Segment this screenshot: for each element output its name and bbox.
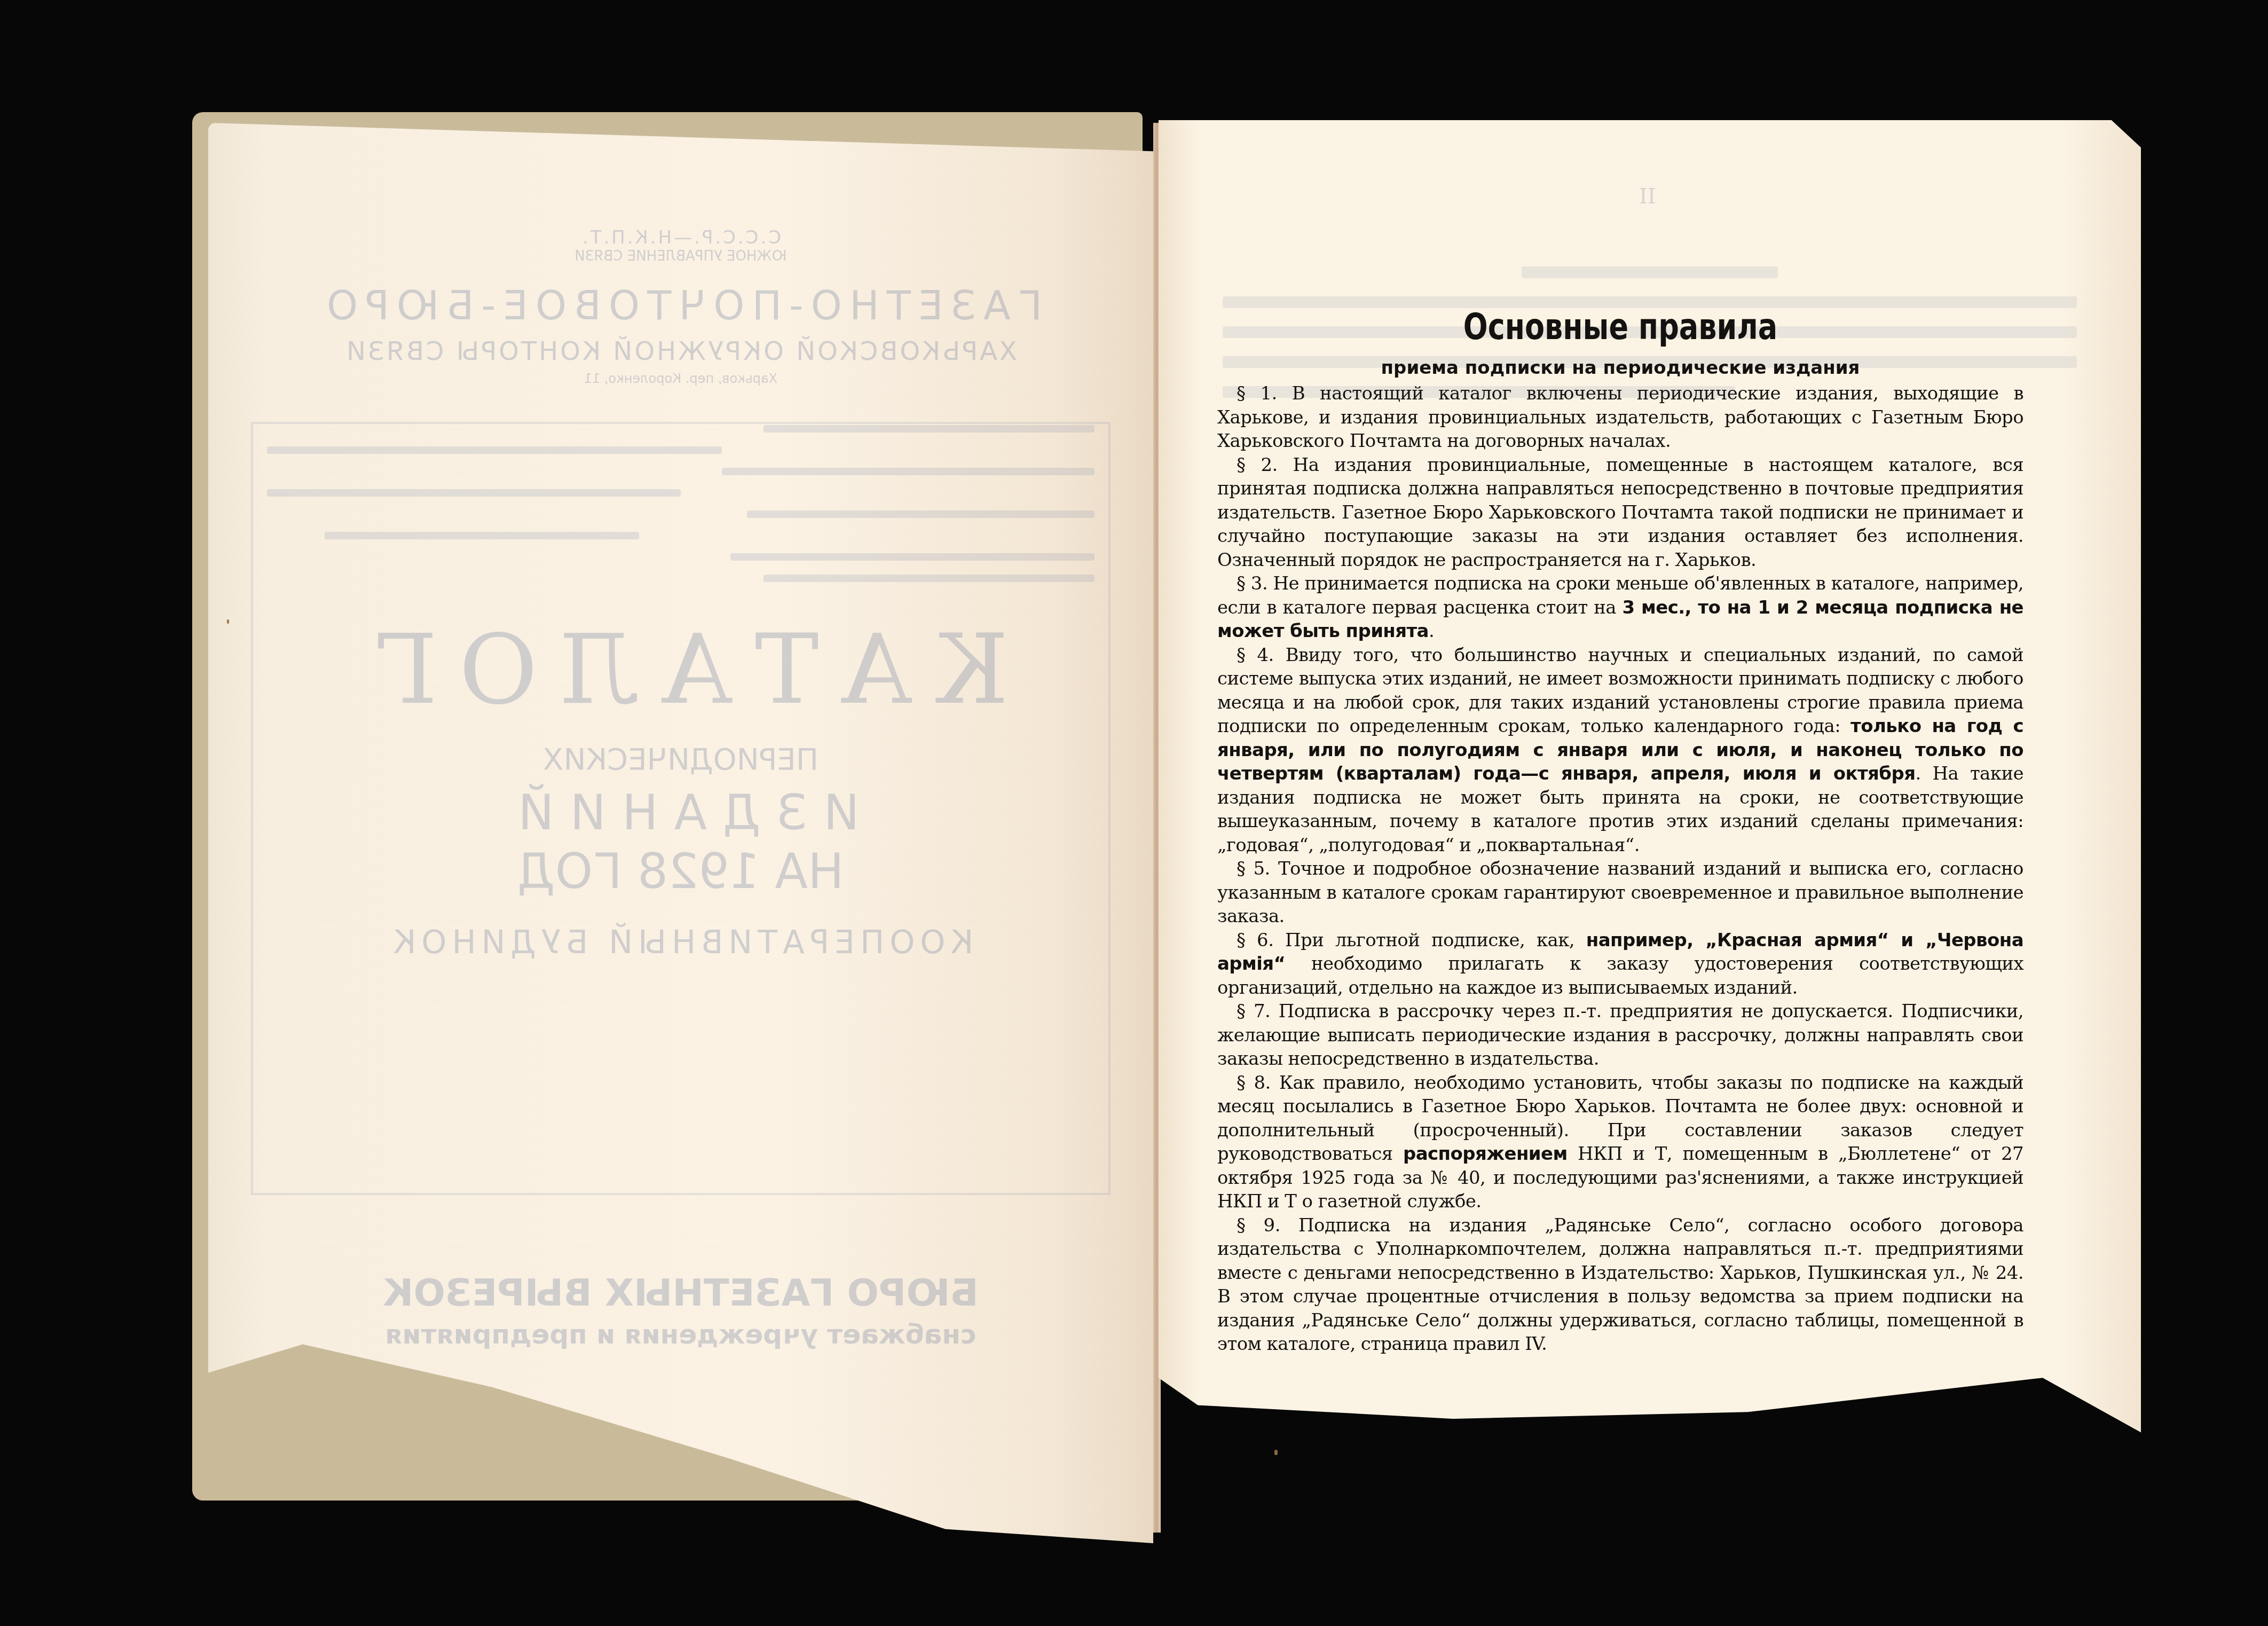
rule-paragraph: § 7. Подписка в рассрочку через п.-т. пр… xyxy=(1217,1000,2023,1071)
ghost-coop: КООПЕРАТИВНЫЙ БУДИНОК xyxy=(208,924,1153,961)
ghost-top-line-2: ЮЖНОЕ УПРАВЛЕНИЕ СВЯЗИ xyxy=(208,248,1153,264)
rule-paragraph: § 4. Ввиду того, что большинство научных… xyxy=(1217,643,2023,858)
rule-text: . xyxy=(1429,620,1434,642)
ghost-top-line: С.С.С.Р.—Н.К.П.Т. xyxy=(208,227,1153,248)
rule-paragraph: § 3. Не принимается подписка на сроки ме… xyxy=(1217,572,2023,643)
ghost-office: ХАРЬКОВСКОЙ ОКРУЖНОЙ КОНТОРЫ СВЯЗИ xyxy=(208,336,1153,366)
paper-speck xyxy=(227,619,229,624)
page-title: Основные правила xyxy=(1217,305,2023,348)
rule-text: необходимо прилагать к заказу удостовере… xyxy=(1217,953,2023,999)
rule-paragraph: § 9. Подписка на издания „Радянське Село… xyxy=(1217,1214,2023,1356)
rule-emphasis: распоряжением xyxy=(1403,1143,1568,1165)
page-subtitle: приема подписки на периодические издания xyxy=(1217,357,2023,379)
ghost-editions: ИЗДАНИЙ xyxy=(208,785,1153,841)
ghost-catalog-title: КАТАЛОГ xyxy=(208,614,1153,726)
rule-text: § 6. При льготной подписке, как, xyxy=(1237,930,1586,951)
rule-paragraph: § 8. Как правило, необходимо установить,… xyxy=(1217,1071,2023,1214)
rule-paragraph: § 6. При льготной подписке, как, наприме… xyxy=(1217,929,2023,1000)
rule-paragraph: § 1. В настоящий каталог включены период… xyxy=(1217,382,2023,453)
left-page-bleed-through: С.С.С.Р.—Н.К.П.Т. ЮЖНОЕ УПРАВЛЕНИЕ СВЯЗИ… xyxy=(208,123,1153,1511)
rule-text: § 9. Подписка на издания „Радянське Село… xyxy=(1217,1215,2023,1355)
ghost-year: НА 1928 ГОД xyxy=(208,844,1153,900)
rules-content: Основные правила приема подписки на пери… xyxy=(1217,310,2023,1356)
paper-speck xyxy=(1274,1450,1278,1455)
rule-text: § 1. В настоящий каталог включены период… xyxy=(1217,383,2023,452)
rule-text: § 7. Подписка в рассрочку через п.-т. пр… xyxy=(1217,1001,2023,1070)
rule-paragraph: § 5. Точное и подробное обозначение назв… xyxy=(1217,857,2023,929)
ghost-periodic: ПЕРИОДИЧЕСКИХ xyxy=(208,742,1153,777)
ghost-address: Харьков, пер. Короленко, 11 xyxy=(208,371,1153,386)
rules-paragraphs: § 1. В настоящий каталог включены период… xyxy=(1217,382,2023,1356)
left-page: С.С.С.Р.—Н.К.П.Т. ЮЖНОЕ УПРАВЛЕНИЕ СВЯЗИ… xyxy=(192,107,1159,1559)
ghost-clippings-sub: снабжает учреждения и предприятия xyxy=(208,1319,1153,1350)
ghost-clippings: БЮРО ГАЗЕТНЫХ ВЫРЕЗОК xyxy=(208,1271,1153,1315)
rule-paragraph: § 2. На издания провинциальные, помещенн… xyxy=(1217,453,2023,572)
rule-text: § 5. Точное и подробное обозначение назв… xyxy=(1217,858,2023,927)
ghost-bureau: ГАЗЕТНО-ПОЧТОВОЕ-БЮРО xyxy=(208,283,1153,329)
rule-text: § 2. На издания провинциальные, помещенн… xyxy=(1217,454,2023,571)
